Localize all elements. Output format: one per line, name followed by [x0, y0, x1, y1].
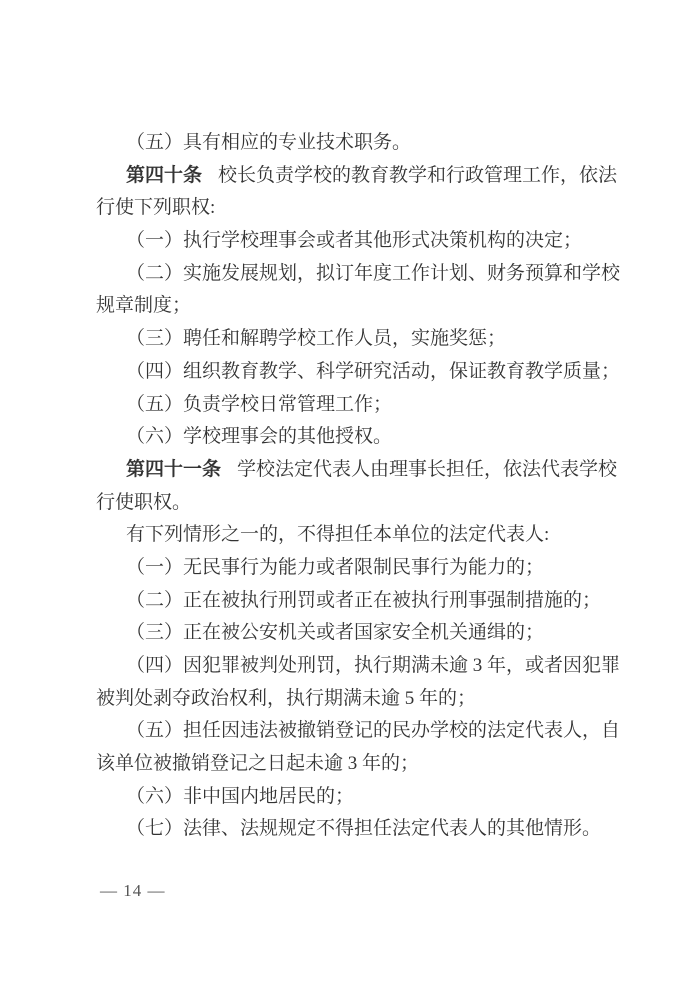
text-line: 第四十条校长负责学校的教育教学和行政管理工作，依法 — [96, 160, 618, 193]
text-line: （三）聘任和解聘学校工作人员，实施奖惩； — [96, 323, 618, 356]
document-body: （五）具有相应的专业技术职务。 第四十条校长负责学校的教育教学和行政管理工作，依… — [96, 127, 618, 846]
document-page: （五）具有相应的专业技术职务。 第四十条校长负责学校的教育教学和行政管理工作，依… — [0, 0, 700, 990]
text-line: （五）担任因违法被撤销登记的民办学校的法定代表人，自 — [96, 715, 618, 748]
text-line: 第四十一条学校法定代表人由理事长担任，依法代表学校 — [96, 454, 618, 487]
text-line: （一）无民事行为能力或者限制民事行为能力的； — [96, 552, 618, 585]
text-line: 行使下列职权: — [96, 192, 618, 225]
article-text: 校长负责学校的教育教学和行政管理工作，依法 — [218, 165, 617, 186]
text-line: 有下列情形之一的，不得担任本单位的法定代表人: — [96, 519, 618, 552]
article-number: 第四十一条 — [126, 459, 221, 480]
article-number: 第四十条 — [126, 165, 202, 186]
text-line: （四）因犯罪被判处刑罚，执行期满未逾 3 年，或者因犯罪 — [96, 650, 618, 683]
text-line: （一）执行学校理事会或者其他形式决策机构的决定； — [96, 225, 618, 258]
text-line: （二）实施发展规划，拟订年度工作计划、财务预算和学校 — [96, 258, 618, 291]
text-line: （三）正在被公安机关或者国家安全机关通缉的； — [96, 617, 618, 650]
text-line: （五）负责学校日常管理工作； — [96, 389, 618, 422]
article-text: 学校法定代表人由理事长担任，依法代表学校 — [237, 459, 617, 480]
text-line: （五）具有相应的专业技术职务。 — [96, 127, 618, 160]
text-line: 被判处剥夺政治权利，执行期满未逾 5 年的； — [96, 683, 618, 716]
page-number: — 14 — — [100, 880, 166, 902]
text-line: （四）组织教育教学、科学研究活动，保证教育教学质量； — [96, 356, 618, 389]
text-line: 行使职权。 — [96, 487, 618, 520]
text-line: （六）学校理事会的其他授权。 — [96, 421, 618, 454]
text-line: （二）正在被执行刑罚或者正在被执行刑事强制措施的； — [96, 585, 618, 618]
text-line: （七）法律、法规规定不得担任法定代表人的其他情形。 — [96, 813, 618, 846]
text-line: 该单位被撤销登记之日起未逾 3 年的； — [96, 748, 618, 781]
text-line: 规章制度； — [96, 290, 618, 323]
text-line: （六）非中国内地居民的； — [96, 781, 618, 814]
